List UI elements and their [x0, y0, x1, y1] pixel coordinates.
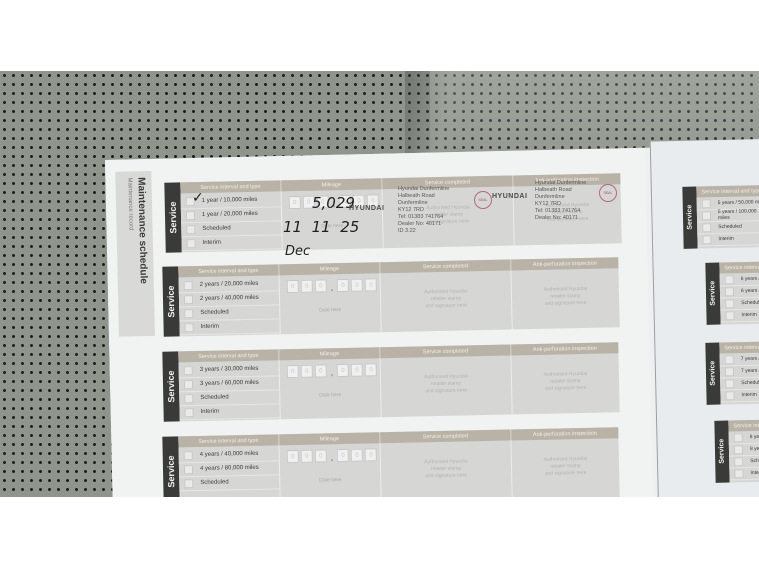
column-header-mileage: Mileage — [279, 432, 379, 445]
service-table: Service interval and typeMileageService … — [178, 427, 619, 506]
service-table: Service interval and typeMileageService … — [178, 257, 619, 336]
dealer-line: Dunfermline — [398, 200, 449, 207]
mileage-digit-box[interactable]: 0 — [289, 196, 301, 209]
service-stamp-area[interactable]: Authorised Hyundairetailer stampand sign… — [381, 457, 511, 481]
service-block: ServiceService interval and type 8 years… — [714, 419, 759, 483]
checkbox[interactable] — [184, 408, 193, 417]
service-section-label: Service — [714, 421, 729, 483]
column-header-interval: Service interval and type — [178, 434, 278, 447]
interval-label: Interim — [203, 240, 221, 246]
stamp-placeholder-line: and signature here — [381, 386, 511, 396]
mileage-digit-box[interactable]: 0 — [287, 280, 299, 293]
mileage-digit-box[interactable]: 0 — [365, 363, 377, 376]
mileage-field[interactable]: 000,000 — [287, 363, 377, 378]
dealer-stamp: Hyundai Dunfermline Halbeath Road Dunfer… — [398, 186, 449, 235]
service-interval-row[interactable]: Interim — [720, 308, 759, 322]
mileage-digit-box[interactable]: 0 — [365, 448, 377, 461]
interval-label: 2 years / 40,000 miles — [200, 295, 259, 302]
dealer-line: Dealer No: 40171 — [535, 215, 586, 222]
dealer-line: ID 3.22 — [398, 228, 449, 235]
interval-label: Scheduled — [718, 224, 742, 230]
interval-label: Scheduled — [741, 300, 759, 306]
service-block: ServiceService interval and type 5 years… — [682, 185, 759, 249]
mileage-digit-box[interactable]: 0 — [315, 449, 327, 462]
service-table: Service interval and type 5 years / 50,0… — [696, 185, 759, 248]
mileage-field[interactable]: 000,000 — [287, 448, 377, 463]
interval-label: 1 year / 10,000 miles — [202, 197, 258, 204]
checkbox[interactable] — [725, 311, 734, 320]
checkbox[interactable] — [734, 469, 743, 478]
interval-label: Interim — [201, 324, 219, 330]
checkbox[interactable] — [734, 445, 743, 454]
interval-label: Scheduled — [200, 479, 228, 486]
hyundai-logo: HYUNDAI — [349, 205, 384, 212]
mileage-digit-box[interactable]: 0 — [337, 279, 349, 292]
service-section-label: Service — [682, 187, 697, 249]
checkbox[interactable] — [184, 451, 193, 460]
column-header-interval: Service interval and type — [178, 264, 278, 277]
interval-label: 8 years — [750, 446, 759, 452]
service-table: Service interval and type 6 years / 60,0… — [719, 261, 759, 324]
mileage-digit-box[interactable]: 0 — [301, 280, 313, 293]
checkbox[interactable] — [184, 309, 193, 318]
checkbox[interactable] — [184, 281, 193, 290]
dealer-line: KY12 7RD — [398, 207, 449, 214]
service-interval-row[interactable]: Interim — [697, 232, 759, 246]
checkbox[interactable] — [725, 287, 734, 296]
interval-label: 5 years / 50,000 miles — [718, 199, 759, 206]
mileage-digit-box[interactable]: 0 — [351, 279, 363, 292]
service-section-label: Service — [705, 343, 720, 405]
anti-perforation-stamp-area[interactable]: Authorised Hyundairetailer stampand sign… — [512, 285, 619, 308]
interval-label: Interim — [201, 409, 219, 415]
service-interval-row[interactable]: Scheduled — [179, 474, 279, 491]
interval-label: 6 years / 60,000 — [741, 275, 759, 282]
service-section-label: Service — [164, 182, 181, 252]
thousands-separator: , — [331, 453, 333, 462]
interval-label: 3 years / 60,000 miles — [200, 380, 259, 387]
checkbox[interactable] — [184, 479, 193, 488]
column-header-interval: Service interval and type — [719, 261, 759, 273]
hyundai-logo-2: HYUNDAI — [492, 193, 527, 200]
service-stamp-area[interactable]: Authorised Hyundairetailer stampand sign… — [381, 287, 511, 311]
column-header-service-completed: Service completed — [380, 429, 510, 443]
service-section-label: Service — [162, 351, 179, 421]
mileage-digit-box[interactable]: 0 — [287, 365, 299, 378]
dealer-stamp-2: Hyundai Dunfermline Halbeath Road Dunfer… — [535, 180, 586, 222]
interval-label: 5 years / 100,000 miles — [718, 208, 759, 221]
column-header-service-completed: Service completed — [380, 344, 510, 358]
stamp-placeholder-line: and signature here — [512, 384, 619, 393]
checkbox[interactable] — [184, 366, 193, 375]
interval-label: Scheduled — [750, 458, 759, 464]
thousands-separator: , — [331, 368, 333, 377]
service-interval-row[interactable]: Interim — [720, 388, 759, 402]
interval-label: Interim — [741, 392, 756, 398]
mileage-digit-box[interactable]: 0 — [287, 450, 299, 463]
dealer-name: Hyundai Dunfermline — [398, 186, 449, 193]
checkbox[interactable] — [184, 323, 193, 332]
service-interval-row[interactable]: Interim — [179, 318, 279, 335]
service-interval-row[interactable]: Interim — [181, 234, 281, 251]
dealer-line: Halbeath Road — [535, 187, 586, 194]
service-interval-row[interactable]: Interim — [179, 403, 279, 420]
mileage-digit-box[interactable]: 0 — [337, 364, 349, 377]
interval-label: 4 years / 80,000 miles — [200, 465, 259, 472]
service-block: ServiceService interval and type 6 years… — [705, 261, 759, 325]
mileage-digit-box[interactable]: 0 — [337, 449, 349, 462]
checkbox[interactable] — [725, 275, 734, 284]
handwritten-checkmark: ✓ — [192, 190, 204, 206]
dealer-line: Dealer No: 40171 — [398, 221, 449, 228]
dealer-name: Hyundai Dunfermline — [535, 180, 586, 187]
anti-perforation-stamp-area[interactable]: Authorised Hyundairetailer stampand sign… — [512, 455, 619, 478]
service-block: ServiceService interval and type 7 years… — [705, 341, 759, 405]
service-table: Service interval and type 7 years / 70,0… — [719, 341, 759, 404]
checkbox[interactable] — [725, 379, 734, 388]
column-header-interval: Service interval and type — [719, 341, 759, 353]
service-block: ServiceService interval and typeMileageS… — [162, 427, 618, 507]
checkbox[interactable] — [184, 295, 193, 304]
checkbox[interactable] — [702, 235, 711, 244]
mileage-digit-box[interactable]: 0 — [315, 364, 327, 377]
stamp-placeholder-line: and signature here — [381, 471, 511, 481]
date-field[interactable]: Date here — [280, 476, 380, 484]
page-subtitle: Maintenance record — [126, 177, 133, 230]
checkbox[interactable] — [186, 211, 195, 220]
column-header-mileage: Mileage — [279, 347, 379, 360]
service-stamp-seal-2: SEAL — [599, 184, 617, 202]
checkbox[interactable] — [734, 457, 743, 466]
interval-label: Scheduled — [741, 380, 759, 386]
column-header-anti-perforation: Anti-perforation inspection — [511, 342, 618, 355]
column-header-interval: Service interval and type — [178, 349, 278, 362]
dealer-line: Tel: 01383 741764 — [398, 214, 449, 221]
mileage-digit-box[interactable]: 0 — [301, 365, 313, 378]
checkbox[interactable] — [725, 367, 734, 376]
interval-label: 7 years / 140,000 — [741, 367, 759, 374]
service-interval-row[interactable]: Interim — [729, 466, 759, 480]
dealer-line: Dunfermline — [535, 194, 586, 201]
mileage-digit-box[interactable]: 0 — [351, 364, 363, 377]
interval-label: 3 years / 30,000 miles — [200, 366, 259, 373]
interval-label: Scheduled — [200, 394, 228, 401]
dealer-line: KY12 7RD — [535, 201, 586, 208]
stamp-placeholder-line: and signature here — [381, 301, 511, 311]
date-field[interactable]: Date here — [280, 391, 380, 399]
checkbox[interactable] — [702, 211, 711, 220]
checkbox[interactable] — [725, 299, 734, 308]
checkbox[interactable] — [184, 380, 193, 389]
checkbox[interactable] — [186, 225, 195, 234]
mileage-field[interactable]: 000,000 — [287, 278, 377, 293]
handwritten-note: Dec — [285, 244, 310, 259]
bottom-margin — [0, 497, 759, 569]
interval-label: Interim — [750, 470, 759, 476]
service-block: ServiceService interval and typeMileageS… — [162, 342, 618, 422]
checkbox[interactable] — [184, 465, 193, 474]
column-header-mileage: Mileage — [281, 178, 381, 191]
thousands-separator: , — [331, 283, 333, 292]
service-section-label: Service — [162, 266, 179, 336]
interval-label: 2 years / 20,000 miles — [200, 281, 259, 288]
column-header-interval: Service interval and type — [728, 419, 759, 431]
checkbox[interactable] — [184, 394, 193, 403]
checkbox[interactable] — [702, 223, 711, 232]
mileage-digit-box[interactable]: 0 — [351, 449, 363, 462]
stamp-placeholder-line: and signature here — [512, 469, 619, 478]
column-header-mileage: Mileage — [279, 262, 379, 275]
interval-label: 6 years / 120,000 — [741, 287, 759, 294]
service-table: Service interval and type 8 years 8 year… — [728, 419, 759, 482]
dealer-line: Tel: 01383 741764 — [535, 208, 586, 215]
dealer-line: Halbeath Road — [398, 193, 449, 200]
interval-label: 8 years — [750, 434, 759, 440]
mileage-digit-box[interactable]: 0 — [315, 279, 327, 292]
interval-label: 4 years / 40,000 miles — [200, 451, 259, 458]
checkbox[interactable] — [725, 355, 734, 364]
handwritten-date: 11 11 25 — [283, 218, 359, 236]
checkbox[interactable] — [734, 433, 743, 442]
service-stamp-area[interactable]: Authorised Hyundairetailer stampand sign… — [381, 372, 511, 396]
mileage-digit-box[interactable]: 0 — [365, 278, 377, 291]
checkbox[interactable] — [725, 391, 734, 400]
service-block: ServiceService interval and typeMileageS… — [162, 257, 618, 337]
service-section-label: Service — [705, 263, 720, 325]
interval-label: Interim — [718, 236, 733, 242]
date-field[interactable]: Date here — [280, 306, 380, 314]
interval-label: Interim — [741, 312, 756, 318]
checkbox[interactable] — [702, 199, 711, 208]
mileage-digit-box[interactable]: 0 — [301, 450, 313, 463]
stamp-placeholder-line: and signature here — [512, 299, 619, 308]
service-stamp-seal: SEAL — [474, 191, 492, 209]
column-header-anti-perforation: Anti-perforation inspection — [511, 427, 618, 440]
column-header-anti-perforation: Anti-perforation inspection — [511, 257, 618, 270]
checkbox[interactable] — [186, 239, 195, 248]
interval-label: 1 year / 20,000 miles — [202, 211, 258, 218]
interval-label: Scheduled — [200, 309, 228, 316]
anti-perforation-stamp-area[interactable]: Authorised Hyundairetailer stampand sign… — [512, 370, 619, 393]
column-header-service-completed: Service completed — [380, 259, 510, 273]
service-table: Service interval and typeMileageService … — [178, 342, 619, 421]
interval-label: 7 years / 70,000 — [741, 355, 759, 362]
interval-label: Scheduled — [202, 225, 230, 232]
